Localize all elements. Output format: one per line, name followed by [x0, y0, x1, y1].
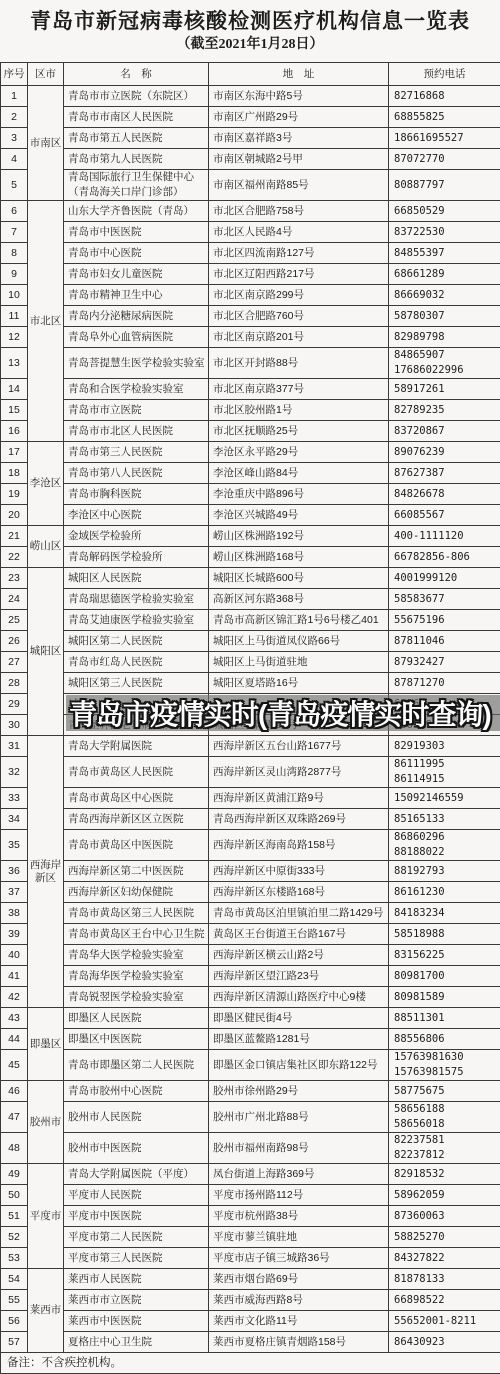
- institution-name-cell: 莱西市市立医院: [64, 1290, 209, 1311]
- phone-cell: 82716868: [389, 86, 500, 107]
- address-cell: 市北区合肥路758号: [209, 201, 389, 222]
- institution-name-cell: 青岛市第五人民医院: [64, 128, 209, 149]
- row-number-cell: 3: [1, 128, 28, 149]
- table-row: 20李沧区中心医院李沧区兴城路49号66085567: [1, 505, 500, 526]
- row-number-cell: 31: [1, 736, 28, 757]
- table-row: 54莱西市莱西市人民医院莱西市烟台路69号81878133: [1, 1269, 500, 1290]
- institution-name-cell: 青岛锐翌医学检验实验室: [64, 987, 209, 1008]
- phone-cell: 85165133: [389, 809, 500, 830]
- table-row: 43即墨区即墨区人民医院即墨区健民街4号88511301: [1, 1008, 500, 1029]
- table-row: 7青岛市中医医院市北区人民路4号83722530: [1, 222, 500, 243]
- table-row: 12青岛阜外心血管病医院市北区南京路201号82989798: [1, 327, 500, 348]
- row-number-cell: 45: [1, 1050, 28, 1081]
- row-number-cell: 55: [1, 1290, 28, 1311]
- row-number-cell: 56: [1, 1311, 28, 1332]
- row-number-cell: 42: [1, 987, 28, 1008]
- institution-name-cell: 西海岸新区妇幼保健院: [64, 882, 209, 903]
- address-cell: 莱西市夏格庄镇青烟路158号: [209, 1332, 389, 1353]
- phone-cell: 400-1111120: [389, 526, 500, 547]
- district-cell: 平度市: [28, 1164, 64, 1269]
- row-number-cell: 24: [1, 589, 28, 610]
- institution-name-cell: 青岛市市立医院: [64, 400, 209, 421]
- address-cell: 青岛西海岸新区双珠路269号: [209, 809, 389, 830]
- institution-name-cell: 青岛内分泌糖尿病医院: [64, 306, 209, 327]
- table-row: 11青岛内分泌糖尿病医院市北区合肥路760号58780307: [1, 306, 500, 327]
- phone-cell: 86669032: [389, 285, 500, 306]
- institution-name-cell: 青岛市黄岛区人民医院: [64, 757, 209, 788]
- table-row: 18青岛市第八人民医院李沧区峰山路84号87627387: [1, 463, 500, 484]
- address-cell: 高新区河东路368号: [209, 589, 389, 610]
- address-cell: 崂山区株洲路192号: [209, 526, 389, 547]
- table-row: 57夏格庄中心卫生院莱西市夏格庄镇青烟路158号86430923: [1, 1332, 500, 1353]
- address-cell: 市南区东海中路5号: [209, 86, 389, 107]
- address-cell: 西海岸新区清源山路医疗中心9楼: [209, 987, 389, 1008]
- row-number-cell: 57: [1, 1332, 28, 1353]
- page-subtitle: （截至2021年1月28日）: [0, 35, 500, 55]
- address-cell: 市北区南京路377号: [209, 379, 389, 400]
- row-number-cell: 6: [1, 201, 28, 222]
- phone-cell: 84183234: [389, 903, 500, 924]
- institution-name-cell: 平度市人民医院: [64, 1185, 209, 1206]
- address-cell: 西海岸新区横云山路2号: [209, 945, 389, 966]
- row-number-cell: 19: [1, 484, 28, 505]
- row-number-cell: 35: [1, 830, 28, 861]
- address-cell: 市南区广州路29号: [209, 107, 389, 128]
- row-number-cell: 48: [1, 1133, 28, 1164]
- row-number-cell: 26: [1, 631, 28, 652]
- table-row: 4青岛市第九人民医院市南区朝城路2号甲87072770: [1, 149, 500, 170]
- phone-cell: 68855825: [389, 107, 500, 128]
- row-number-cell: 1: [1, 86, 28, 107]
- institution-name-cell: 青岛市胸科医院: [64, 484, 209, 505]
- row-number-cell: 41: [1, 966, 28, 987]
- note-row: 备注：不含疾控机构。: [1, 1353, 500, 1374]
- phone-cell: 58518988: [389, 924, 500, 945]
- institution-name-cell: 青岛市精神卫生中心: [64, 285, 209, 306]
- watermark-text: 青岛市疫情实时(青岛疫情实时查询): [69, 693, 491, 733]
- institution-name-cell: 夏格庄中心卫生院: [64, 1332, 209, 1353]
- table-row: 2青岛市市南区人民医院市南区广州路29号68855825: [1, 107, 500, 128]
- phone-cell: 58780307: [389, 306, 500, 327]
- phone-cell: 87811046: [389, 631, 500, 652]
- phone-cell: 86860296 88188022: [389, 830, 500, 861]
- table-row: 23城阳区城阳区人民医院城阳区长城路600号4001999120: [1, 568, 500, 589]
- table-row: 40青岛华大医学检验实验室西海岸新区横云山路2号83156225: [1, 945, 500, 966]
- table-row: 26城阳区第二人民医院城阳区上马街道凤仪路66号87811046: [1, 631, 500, 652]
- address-cell: 市北区人民路4号: [209, 222, 389, 243]
- row-number-cell: 36: [1, 861, 28, 882]
- address-cell: 西海岸新区中原街333号: [209, 861, 389, 882]
- table-row: 37西海岸新区妇幼保健院西海岸新区东楼路168号86161230: [1, 882, 500, 903]
- district-cell: 市南区: [28, 86, 64, 201]
- institution-name-cell: 青岛阜外心血管病医院: [64, 327, 209, 348]
- phone-cell: 82789235: [389, 400, 500, 421]
- table-row: 46胶州市青岛市胶州中心医院胶州市徐州路29号58775675: [1, 1081, 500, 1102]
- institution-name-cell: 城阳区第二人民医院: [64, 631, 209, 652]
- table-row: 55莱西市市立医院莱西市威海西路8号66898522: [1, 1290, 500, 1311]
- phone-cell: 66782856-806: [389, 547, 500, 568]
- institution-name-cell: 青岛市市北区人民医院: [64, 421, 209, 442]
- table-row: 34青岛西海岸新区区立医院青岛西海岸新区双珠路269号85165133: [1, 809, 500, 830]
- row-number-cell: 7: [1, 222, 28, 243]
- table-row: 24青岛瑞思德医学检验实验室高新区河东路368号58583677: [1, 589, 500, 610]
- institution-name-cell: 青岛海华医学检验实验室: [64, 966, 209, 987]
- note-text: 备注：不含疾控机构。: [1, 1353, 500, 1374]
- table-row: 49平度市青岛大学附属医院（平度）凤台街道上海路369号82918532: [1, 1164, 500, 1185]
- institution-name-cell: 李沧区中心医院: [64, 505, 209, 526]
- col-header-district: 区市: [28, 63, 64, 86]
- row-number-cell: 23: [1, 568, 28, 589]
- address-cell: 李沧重庆中路896号: [209, 484, 389, 505]
- address-cell: 西海岸新区东楼路168号: [209, 882, 389, 903]
- institution-name-cell: 胶州市中医医院: [64, 1133, 209, 1164]
- address-cell: 胶州市福州南路98号: [209, 1133, 389, 1164]
- address-cell: 李沧区峰山路84号: [209, 463, 389, 484]
- table-row: 31西海岸新区青岛大学附属医院西海岸新区五台山路1677号82919303: [1, 736, 500, 757]
- row-number-cell: 38: [1, 903, 28, 924]
- address-cell: 即墨区健民街4号: [209, 1008, 389, 1029]
- table-row: 45青岛市即墨区第二人民医院即墨区金口镇店集社区即东路122号157639816…: [1, 1050, 500, 1081]
- phone-cell: 84865907 17686022996: [389, 348, 500, 379]
- table-row: 17李沧区青岛市第三人民医院李沧区永平路29号89076239: [1, 442, 500, 463]
- phone-cell: 80981589: [389, 987, 500, 1008]
- phone-cell: 15763981630 15763981575: [389, 1050, 500, 1081]
- institution-name-cell: 青岛国际旅行卫生保健中心（青岛海关口岸门诊部）: [64, 170, 209, 201]
- table-row: 13青岛菩提慧生医学检验实验室市北区开封路88号84865907 1768602…: [1, 348, 500, 379]
- row-number-cell: 32: [1, 757, 28, 788]
- row-number-cell: 52: [1, 1227, 28, 1248]
- institution-name-cell: 青岛市市立医院（东院区）: [64, 86, 209, 107]
- table-row: 15青岛市市立医院市北区胶州路1号82789235: [1, 400, 500, 421]
- address-cell: 市北区四流南路127号: [209, 243, 389, 264]
- district-cell: 李沧区: [28, 442, 64, 526]
- phone-cell: 55652001-8211: [389, 1311, 500, 1332]
- district-cell: 崂山区: [28, 526, 64, 568]
- table-row: 52平度市第二人民医院平度市蓼兰镇驻地58825270: [1, 1227, 500, 1248]
- phone-cell: 87871270: [389, 673, 500, 694]
- row-number-cell: 11: [1, 306, 28, 327]
- phone-cell: 82989798: [389, 327, 500, 348]
- institution-name-cell: 青岛市黄岛区第三人民医院: [64, 903, 209, 924]
- institution-name-cell: 青岛和合医学检验实验室: [64, 379, 209, 400]
- table-row: 48胶州市中医医院胶州市福州南路98号82237581 82237812: [1, 1133, 500, 1164]
- phone-cell: 58917261: [389, 379, 500, 400]
- address-cell: 市北区胶州路1号: [209, 400, 389, 421]
- institution-name-cell: 青岛市中心医院: [64, 243, 209, 264]
- address-cell: 青岛市高新区锦汇路1号6号楼乙401: [209, 610, 389, 631]
- institution-name-cell: 青岛市黄岛区王台中心卫生院: [64, 924, 209, 945]
- address-cell: 李沧区永平路29号: [209, 442, 389, 463]
- phone-cell: 83722530: [389, 222, 500, 243]
- institution-name-cell: 胶州市人民医院: [64, 1102, 209, 1133]
- address-cell: 市南区福州南路85号: [209, 170, 389, 201]
- institution-name-cell: 山东大学齐鲁医院（青岛）: [64, 201, 209, 222]
- table-row: 56莱西市中医医院莱西市文化路11号55652001-8211: [1, 1311, 500, 1332]
- table-row: 10青岛市精神卫生中心市北区南京路299号86669032: [1, 285, 500, 306]
- institution-name-cell: 青岛市市南区人民医院: [64, 107, 209, 128]
- phone-cell: 66085567: [389, 505, 500, 526]
- table-row: 9青岛市妇女儿童医院市北区辽阳西路217号68661289: [1, 264, 500, 285]
- row-number-cell: 34: [1, 809, 28, 830]
- table-row: 44即墨区中医医院即墨区蓝鳌路1281号88556806: [1, 1029, 500, 1050]
- institution-name-cell: 城阳区人民医院: [64, 568, 209, 589]
- row-number-cell: 53: [1, 1248, 28, 1269]
- phone-cell: 18661695527: [389, 128, 500, 149]
- address-cell: 崂山区株洲路168号: [209, 547, 389, 568]
- row-number-cell: 22: [1, 547, 28, 568]
- phone-cell: 89076239: [389, 442, 500, 463]
- table-row: 41青岛海华医学检验实验室西海岸新区望江路23号80981700: [1, 966, 500, 987]
- phone-cell: 58825270: [389, 1227, 500, 1248]
- district-cell: 莱西市: [28, 1269, 64, 1353]
- address-cell: 即墨区金口镇店集社区即东路122号: [209, 1050, 389, 1081]
- table-row: 33青岛市黄岛区中心医院西海岸新区黄浦江路9号15092146559: [1, 788, 500, 809]
- table-row: 27青岛市红岛人民医院城阳区上马街道驻地87932427: [1, 652, 500, 673]
- address-cell: 平度市杭州路38号: [209, 1206, 389, 1227]
- institution-name-cell: 青岛艾迪康医学检验实验室: [64, 610, 209, 631]
- row-number-cell: 4: [1, 149, 28, 170]
- address-cell: 平度市扬州路112号: [209, 1185, 389, 1206]
- row-number-cell: 37: [1, 882, 28, 903]
- table-row: 8青岛市中心医院市北区四流南路127号84855397: [1, 243, 500, 264]
- table-row: 19青岛市胸科医院李沧重庆中路896号84826678: [1, 484, 500, 505]
- col-header-no: 序号: [1, 63, 28, 86]
- row-number-cell: 21: [1, 526, 28, 547]
- address-cell: 胶州市广州北路88号: [209, 1102, 389, 1133]
- address-cell: 市北区合肥路760号: [209, 306, 389, 327]
- institution-name-cell: 青岛西海岸新区区立医院: [64, 809, 209, 830]
- table-row: 22青岛解码医学检验所崂山区株洲路168号66782856-806: [1, 547, 500, 568]
- institution-name-cell: 莱西市中医医院: [64, 1311, 209, 1332]
- phone-cell: 66898522: [389, 1290, 500, 1311]
- address-cell: 西海岸新区五台山路1677号: [209, 736, 389, 757]
- institution-name-cell: 青岛华大医学检验实验室: [64, 945, 209, 966]
- phone-cell: 66850529: [389, 201, 500, 222]
- institution-name-cell: 青岛市中医医院: [64, 222, 209, 243]
- table-row: 42青岛锐翌医学检验实验室西海岸新区清源山路医疗中心9楼80981589: [1, 987, 500, 1008]
- address-cell: 莱西市威海西路8号: [209, 1290, 389, 1311]
- phone-cell: 86161230: [389, 882, 500, 903]
- address-cell: 平度市蓼兰镇驻地: [209, 1227, 389, 1248]
- row-number-cell: 18: [1, 463, 28, 484]
- address-cell: 西海岸新区海南岛路158号: [209, 830, 389, 861]
- phone-cell: 82918532: [389, 1164, 500, 1185]
- phone-cell: 15092146559: [389, 788, 500, 809]
- institution-name-cell: 莱西市人民医院: [64, 1269, 209, 1290]
- district-cell: 市北区: [28, 201, 64, 442]
- table-row: 28城阳区第三人民医院城阳区夏塔路16号87871270: [1, 673, 500, 694]
- institution-name-cell: 平度市第三人民医院: [64, 1248, 209, 1269]
- table-row: 39青岛市黄岛区王台中心卫生院黄岛区王台街道王台路167号58518988: [1, 924, 500, 945]
- phone-cell: 87627387: [389, 463, 500, 484]
- address-cell: 城阳区上马街道凤仪路66号: [209, 631, 389, 652]
- col-header-address: 地 址: [209, 63, 389, 86]
- table-row: 36西海岸新区第二中医医院西海岸新区中原街333号88192793: [1, 861, 500, 882]
- row-number-cell: 44: [1, 1029, 28, 1050]
- address-cell: 城阳区长城路600号: [209, 568, 389, 589]
- row-number-cell: 12: [1, 327, 28, 348]
- table-row: 14青岛和合医学检验实验室市北区南京路377号58917261: [1, 379, 500, 400]
- row-number-cell: 14: [1, 379, 28, 400]
- address-cell: 黄岛区王台街道王台路167号: [209, 924, 389, 945]
- phone-cell: 83720867: [389, 421, 500, 442]
- table-row: 50平度市人民医院平度市扬州路112号58962059: [1, 1185, 500, 1206]
- table-row: 51平度市中医医院平度市杭州路38号87360063: [1, 1206, 500, 1227]
- institution-name-cell: 青岛市第八人民医院: [64, 463, 209, 484]
- institution-name-cell: 金域医学检验所: [64, 526, 209, 547]
- table-row: 32青岛市黄岛区人民医院西海岸新区灵山湾路2877号86111995 86114…: [1, 757, 500, 788]
- col-header-phone: 预约电话: [389, 63, 500, 86]
- address-cell: 即墨区蓝鳌路1281号: [209, 1029, 389, 1050]
- row-number-cell: 17: [1, 442, 28, 463]
- institution-name-cell: 青岛市第九人民医院: [64, 149, 209, 170]
- phone-cell: 55675196: [389, 610, 500, 631]
- header-row: 序号 区市 名 称 地 址 预约电话: [1, 63, 500, 86]
- row-number-cell: 27: [1, 652, 28, 673]
- institution-name-cell: 平度市中医医院: [64, 1206, 209, 1227]
- address-cell: 胶州市徐州路29号: [209, 1081, 389, 1102]
- row-number-cell: 47: [1, 1102, 28, 1133]
- table-row: 25青岛艾迪康医学检验实验室青岛市高新区锦汇路1号6号楼乙40155675196: [1, 610, 500, 631]
- phone-cell: 58656188 58656018: [389, 1102, 500, 1133]
- row-number-cell: 30: [1, 715, 28, 736]
- institution-name-cell: 青岛市即墨区第二人民医院: [64, 1050, 209, 1081]
- phone-cell: 88511301: [389, 1008, 500, 1029]
- district-cell: 胶州市: [28, 1081, 64, 1164]
- row-number-cell: 20: [1, 505, 28, 526]
- phone-cell: 87932427: [389, 652, 500, 673]
- address-cell: 平度市店子镇三城路36号: [209, 1248, 389, 1269]
- phone-cell: 58583677: [389, 589, 500, 610]
- row-number-cell: 28: [1, 673, 28, 694]
- phone-cell: 84327822: [389, 1248, 500, 1269]
- table-row: 1市南区青岛市市立医院（东院区）市南区东海中路5号82716868: [1, 86, 500, 107]
- phone-cell: 83156225: [389, 945, 500, 966]
- address-cell: 市北区南京路201号: [209, 327, 389, 348]
- institution-name-cell: 即墨区人民医院: [64, 1008, 209, 1029]
- row-number-cell: 33: [1, 788, 28, 809]
- title-block: 青岛市新冠病毒核酸检测医疗机构信息一览表 （截至2021年1月28日）: [0, 0, 500, 62]
- institution-name-cell: 青岛市红岛人民医院: [64, 652, 209, 673]
- address-cell: 莱西市文化路11号: [209, 1311, 389, 1332]
- address-cell: 市北区辽阳西路217号: [209, 264, 389, 285]
- address-cell: 莱西市烟台路69号: [209, 1269, 389, 1290]
- row-number-cell: 39: [1, 924, 28, 945]
- address-cell: 市南区朝城路2号甲: [209, 149, 389, 170]
- institution-name-cell: 青岛瑞思德医学检验实验室: [64, 589, 209, 610]
- phone-cell: 84826678: [389, 484, 500, 505]
- address-cell: 李沧区兴城路49号: [209, 505, 389, 526]
- institution-name-cell: 即墨区中医医院: [64, 1029, 209, 1050]
- address-cell: 市北区南京路299号: [209, 285, 389, 306]
- phone-cell: 68661289: [389, 264, 500, 285]
- document-sheet: 青岛市新冠病毒核酸检测医疗机构信息一览表 （截至2021年1月28日） 序号 区…: [0, 0, 500, 1374]
- address-cell: 市南区嘉祥路3号: [209, 128, 389, 149]
- district-cell: 即墨区: [28, 1008, 64, 1081]
- table-row: 21崂山区金域医学检验所崂山区株洲路192号400-1111120: [1, 526, 500, 547]
- row-number-cell: 29: [1, 694, 28, 715]
- row-number-cell: 16: [1, 421, 28, 442]
- address-cell: 西海岸新区灵山湾路2877号: [209, 757, 389, 788]
- institution-name-cell: 西海岸新区第二中医医院: [64, 861, 209, 882]
- phone-cell: 86430923: [389, 1332, 500, 1353]
- address-cell: 市北区开封路88号: [209, 348, 389, 379]
- phone-cell: 58775675: [389, 1081, 500, 1102]
- phone-cell: 81878133: [389, 1269, 500, 1290]
- row-number-cell: 13: [1, 348, 28, 379]
- address-cell: 青岛市黄岛区泊里镇泊里二路1429号: [209, 903, 389, 924]
- row-number-cell: 8: [1, 243, 28, 264]
- phone-cell: 58962059: [389, 1185, 500, 1206]
- row-number-cell: 49: [1, 1164, 28, 1185]
- phone-cell: 86111995 86114915: [389, 757, 500, 788]
- table-row: 47胶州市人民医院胶州市广州北路88号58656188 58656018: [1, 1102, 500, 1133]
- row-number-cell: 10: [1, 285, 28, 306]
- row-number-cell: 25: [1, 610, 28, 631]
- phone-cell: 87072770: [389, 149, 500, 170]
- row-number-cell: 51: [1, 1206, 28, 1227]
- institution-name-cell: 青岛市黄岛区中医医院: [64, 830, 209, 861]
- phone-cell: 82237581 82237812: [389, 1133, 500, 1164]
- institution-name-cell: 青岛菩提慧生医学检验实验室: [64, 348, 209, 379]
- table-row: 35青岛市黄岛区中医医院西海岸新区海南岛路158号86860296 881880…: [1, 830, 500, 861]
- phone-cell: 82919303: [389, 736, 500, 757]
- institution-name-cell: 青岛市第三人民医院: [64, 442, 209, 463]
- table-row: 16青岛市市北区人民医院市北区抚顺路25号83720867: [1, 421, 500, 442]
- phone-cell: 4001999120: [389, 568, 500, 589]
- col-header-name: 名 称: [64, 63, 209, 86]
- institution-name-cell: 平度市第二人民医院: [64, 1227, 209, 1248]
- table-row: 6市北区山东大学齐鲁医院（青岛）市北区合肥路758号66850529: [1, 201, 500, 222]
- row-number-cell: 15: [1, 400, 28, 421]
- row-number-cell: 9: [1, 264, 28, 285]
- phone-cell: 84855397: [389, 243, 500, 264]
- address-cell: 城阳区夏塔路16号: [209, 673, 389, 694]
- row-number-cell: 43: [1, 1008, 28, 1029]
- row-number-cell: 54: [1, 1269, 28, 1290]
- table-row: 3青岛市第五人民医院市南区嘉祥路3号18661695527: [1, 128, 500, 149]
- row-number-cell: 40: [1, 945, 28, 966]
- institution-name-cell: 青岛大学附属医院: [64, 736, 209, 757]
- phone-cell: 80887797: [389, 170, 500, 201]
- row-number-cell: 5: [1, 170, 28, 201]
- district-cell: 城阳区: [28, 568, 64, 736]
- row-number-cell: 2: [1, 107, 28, 128]
- page-title: 青岛市新冠病毒核酸检测医疗机构信息一览表: [0, 7, 500, 35]
- phone-cell: 88192793: [389, 861, 500, 882]
- table-row: 38青岛市黄岛区第三人民医院青岛市黄岛区泊里镇泊里二路1429号84183234: [1, 903, 500, 924]
- district-cell: 西海岸新区: [28, 736, 64, 1008]
- institution-name-cell: 青岛市妇女儿童医院: [64, 264, 209, 285]
- address-cell: 凤台街道上海路369号: [209, 1164, 389, 1185]
- address-cell: 西海岸新区黄浦江路9号: [209, 788, 389, 809]
- address-cell: 市北区抚顺路25号: [209, 421, 389, 442]
- institution-name-cell: 青岛大学附属医院（平度）: [64, 1164, 209, 1185]
- institution-name-cell: 青岛解码医学检验所: [64, 547, 209, 568]
- institution-name-cell: 青岛市胶州中心医院: [64, 1081, 209, 1102]
- address-cell: 西海岸新区望江路23号: [209, 966, 389, 987]
- phone-cell: 80981700: [389, 966, 500, 987]
- table-row: 53平度市第三人民医院平度市店子镇三城路36号84327822: [1, 1248, 500, 1269]
- institution-name-cell: 青岛市黄岛区中心医院: [64, 788, 209, 809]
- institution-name-cell: 城阳区第三人民医院: [64, 673, 209, 694]
- table-row: 5青岛国际旅行卫生保健中心（青岛海关口岸门诊部）市南区福州南路85号808877…: [1, 170, 500, 201]
- address-cell: 城阳区上马街道驻地: [209, 652, 389, 673]
- row-number-cell: 46: [1, 1081, 28, 1102]
- phone-cell: 88556806: [389, 1029, 500, 1050]
- row-number-cell: 50: [1, 1185, 28, 1206]
- phone-cell: 87360063: [389, 1206, 500, 1227]
